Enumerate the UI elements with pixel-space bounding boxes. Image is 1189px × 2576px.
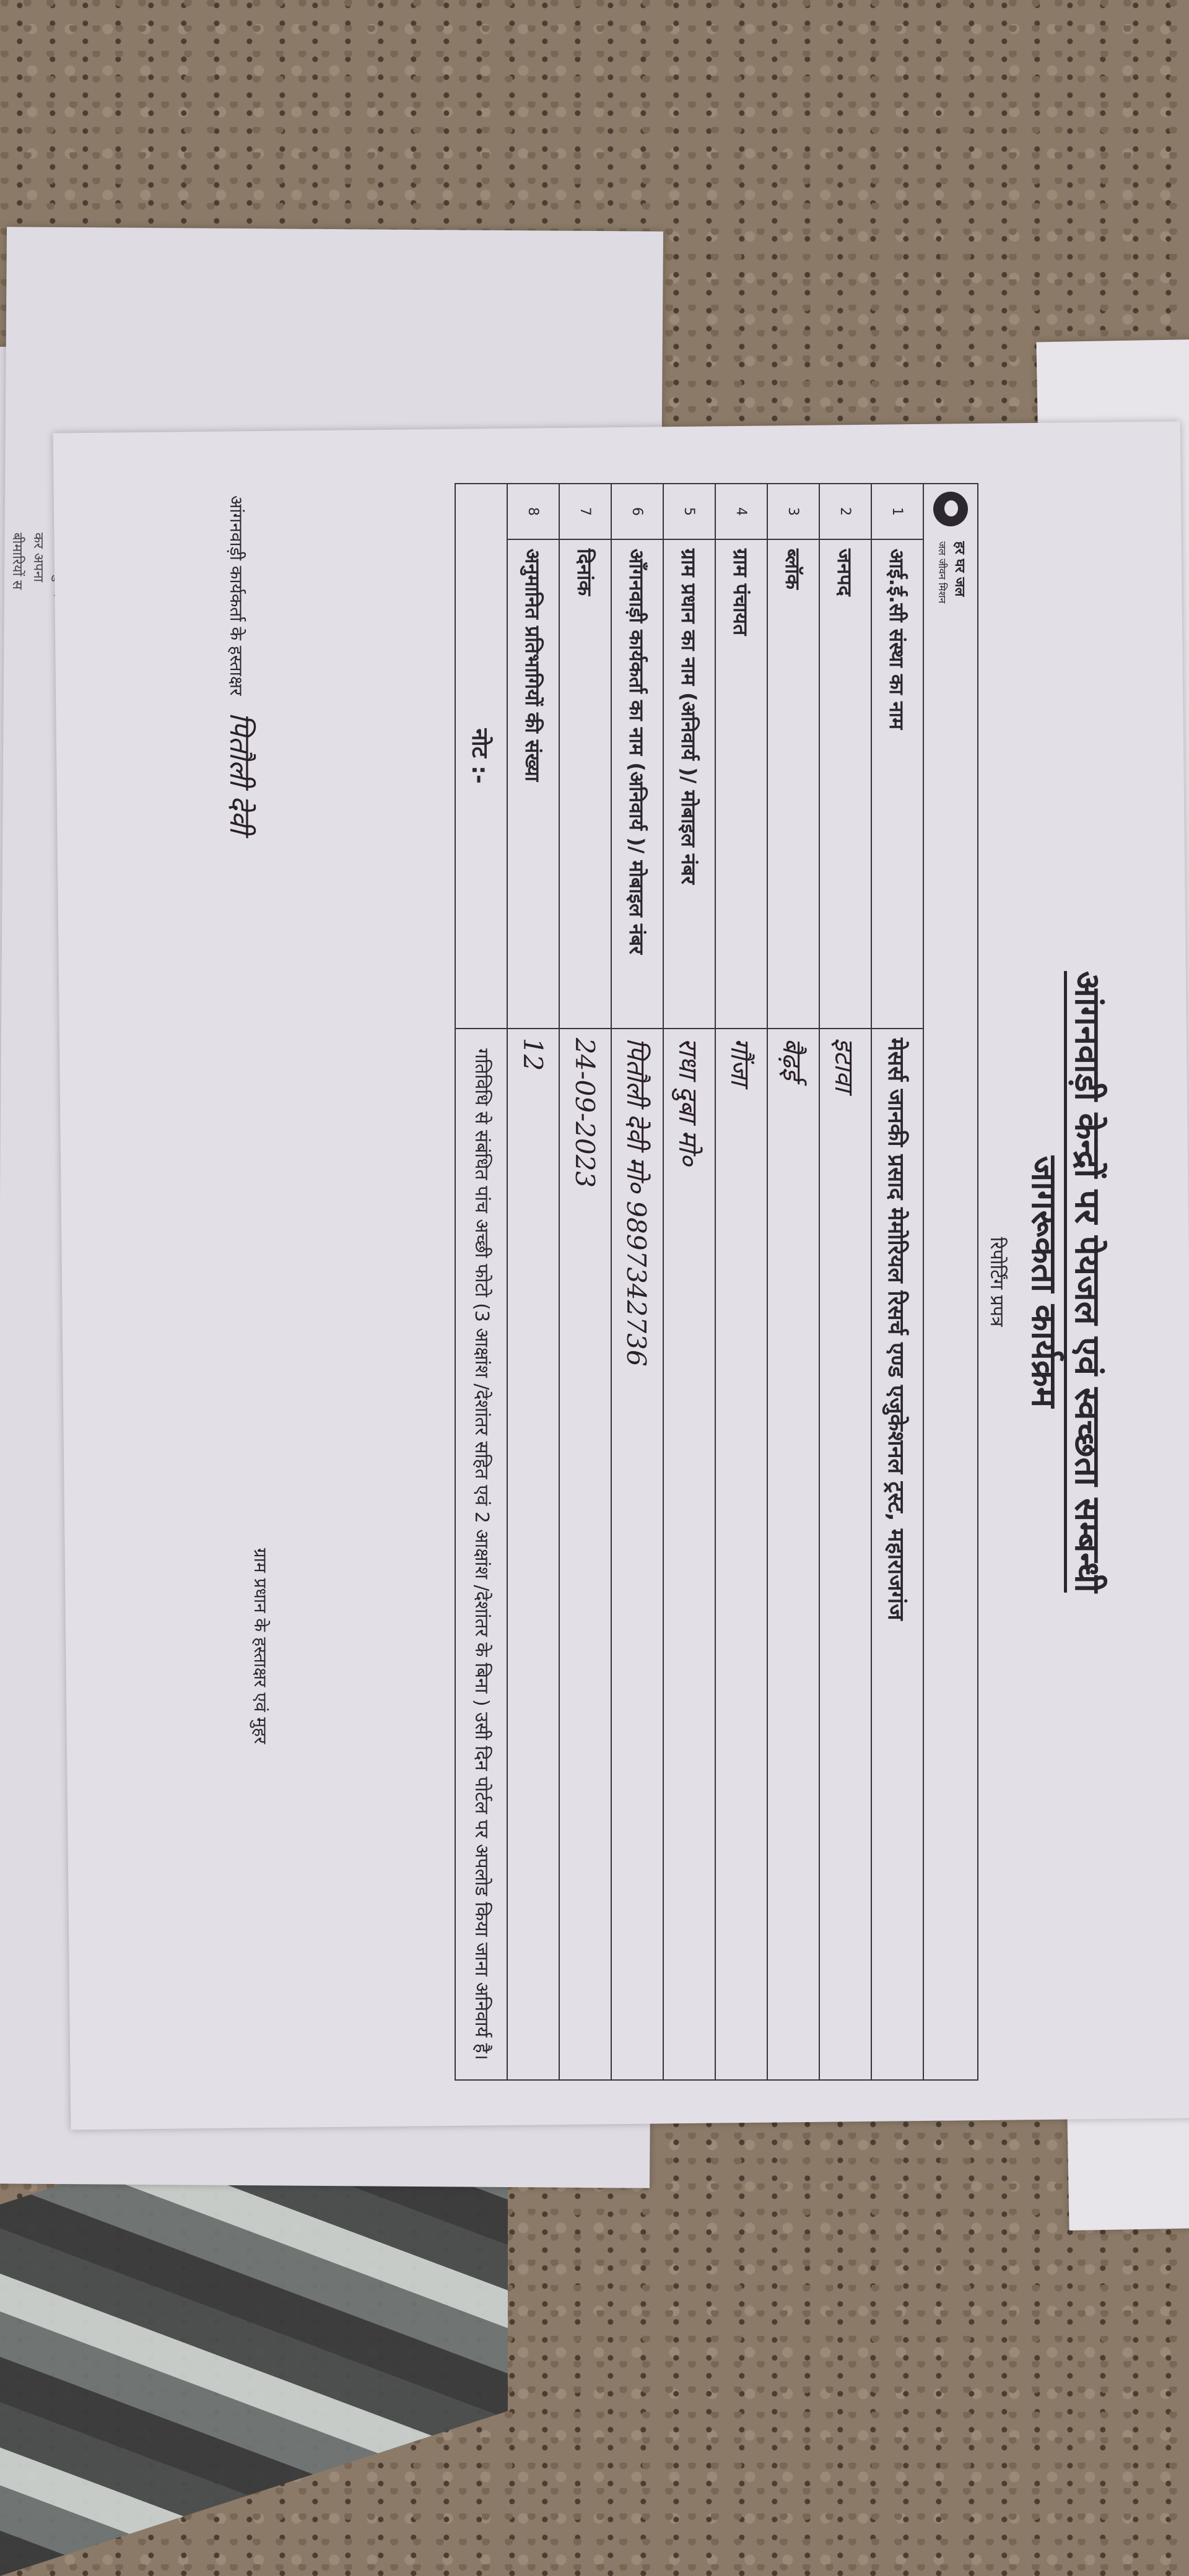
table-row: 4ग्राम पंचायतगौंजा [715,484,767,2080]
back-sheet-fragment: कर अपना [27,533,48,601]
row-label: आँगनवाड़ी कार्यकर्ता का नाम (अनिवार्य )/… [611,539,663,1029]
row-number: 7 [559,484,611,539]
row-label: ग्राम पंचायत [715,539,767,1029]
row-value[interactable]: बैढ़ई [767,1029,819,2080]
worker-sign-label: आंगनवाड़ी कार्यकर्ता के हस्ताक्षर [226,495,246,695]
form-title: आंगनवाड़ी केन्द्रों पर पेयजल एवं स्वच्छत… [1022,471,1108,2093]
form-subtitle: रिपोर्टिंग प्रपत्र [985,471,1011,2093]
table-row: 3ब्लॉकबैढ़ई [767,484,819,2080]
logo-line-2: जल जीवन मिशन [933,541,951,603]
row-number: 1 [871,484,923,539]
table-row: 8अनुमानित प्रतिभागियों की संख्या12 [507,484,559,2080]
row-number: 2 [819,484,871,539]
organization-name: मेसर्स जानकी प्रसाद मेमोरियल रिसर्च एण्ड… [871,1029,923,2080]
row-value[interactable]: इटावा [819,1029,871,2080]
row-label: अनुमानित प्रतिभागियों की संख्या [507,539,559,1029]
row-label: जनपद [819,539,871,1029]
row-number: 8 [507,484,559,539]
row-label: ग्राम प्रधान का नाम (अनिवार्य )/ मोबाइल … [663,539,715,1029]
note-label: नोट :- [455,484,507,1029]
worker-signature-block: आंगनवाड़ी कार्यकर्ता के हस्ताक्षर पितौली… [222,495,260,833]
row-value[interactable]: 12 [507,1029,559,2080]
table-row: 2जनपदइटावा [819,484,871,2080]
note-text: गतिविधि से संबंधित पांच अच्छी फोटो (3 आक… [455,1029,507,2080]
logo-text: हर घर जल जल जीवन मिशन [933,541,968,603]
row-label: ब्लॉक [767,539,819,1029]
row-number: 5 [663,484,715,539]
row-value[interactable]: पितौली देवी मो० 9897342736 [611,1029,663,2080]
title-line-2: जागरूकता कार्यक्रम [1024,1156,1064,1408]
title-line-1: आंगनवाड़ी केन्द्रों पर पेयजल एवं स्वच्छत… [1065,471,1108,2093]
row-value[interactable]: 24-09-2023 [559,1029,611,2080]
worker-signature: पितौली देवी [224,712,257,833]
header-row: हर घर जल जल जीवन मिशन [923,484,978,2080]
note-row: नोट :-गतिविधि से संबंधित पांच अच्छी फोटो… [455,484,507,2080]
table-row: 7दिनांक24-09-2023 [559,484,611,2080]
logo-cell: हर घर जल जल जीवन मिशन [923,484,978,2080]
report-table: हर घर जल जल जीवन मिशन 1आई.ई.सी संस्था का… [455,483,978,2081]
table-row: 1आई.ई.सी संस्था का नाममेसर्स जानकी प्रसा… [871,484,923,2080]
table-row: 5ग्राम प्रधान का नाम (अनिवार्य )/ मोबाइल… [663,484,715,2080]
row-number: 6 [611,484,663,539]
row-value[interactable]: राधा दुबा मो० [663,1029,715,2080]
back-sheet-fragment: बीमारियों स [6,533,27,601]
jal-jeevan-mission-logo-icon [933,492,968,526]
row-number: 4 [715,484,767,539]
table-row: 6आँगनवाड़ी कार्यकर्ता का नाम (अनिवार्य )… [611,484,663,2080]
row-label: आई.ई.सी संस्था का नाम [871,539,923,1029]
logo-line-1: हर घर जल [952,541,967,596]
row-value[interactable]: गौंजा [715,1029,767,2080]
report-form: आंगनवाड़ी केन्द्रों पर पेयजल एवं स्वच्छत… [87,471,1115,2093]
row-number: 3 [767,484,819,539]
pradhan-sign-label: ग्राम प्रधान के हस्ताक्षर एवं मुहर [249,1548,272,1744]
row-label: दिनांक [559,539,611,1029]
